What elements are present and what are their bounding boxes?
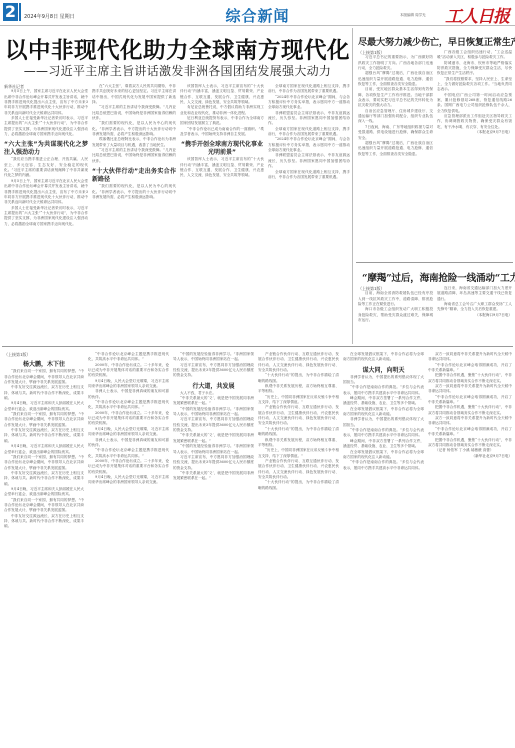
paragraph: 7日夜间，海南、广东等地组织救援力量对受损道路、供电设施进行抢修，确保群众生命安…: [358, 125, 433, 141]
paragraph: 埃塞俄比亚总理阿比表示，中非合作论坛为非洲发展带来了大量项目与机遇，改善了当地民…: [92, 137, 176, 148]
paragraph: “历史上，中国同非洲国家在反帝反殖斗争中相互支持，结下了深厚情谊。”: [258, 395, 339, 406]
paragraph: 中非友好交往源远流长，双方在历史上相互支持、休戚与共。新时代中非合作不断深化，成…: [4, 428, 84, 444]
paragraph: “中非合作论坛北京峰会主题是携手推进现代化，共筑高水平中非命运共同体。”: [88, 400, 169, 411]
paragraph: “中非合作论坛北京峰会主题是携手推进现代化，共筑高水平中非命运共同体。”: [88, 448, 169, 459]
paragraph: “中非合作论坛北京峰会主题是携手推进现代化，共筑高水平中非命运共同体。”: [88, 352, 169, 363]
paragraph: 习近平主席宣布，中方愿同非方加强治国理政经验交流，提出未来3年提供3600亿元人…: [173, 363, 254, 379]
paragraph: 全球南方国家在现代化道路上相互支持，携手前行，中非合作为各国发展带来了重要机遇。: [268, 127, 350, 138]
paragraph: 在全球发展倡议框架下，中非合作必将为全球南方国家的现代化注入新动能。: [343, 450, 424, 461]
paragraph: “中国的发展经验值得非洲学习。”非洲国家领导人表示，中国始终同非洲国家站在一起。: [173, 407, 254, 418]
paragraph: 9月4日晚，人民大会堂灯光璀璨，习近平主席同来华出席峰会的非洲国家领导人亲切交流…: [88, 475, 169, 486]
paragraph: 纵观中非关系发展历程，双方始终相互尊重、平等相待。: [258, 438, 339, 449]
paragraph: “中非合作是南南合作的典范。”多位与会代表表示，愿同中方携手共建高水平中非命运共…: [343, 428, 424, 439]
paragraph: “中非关系最大的‘义’，就是把中国发展同非洲发展紧密联系在一起。”: [173, 471, 254, 482]
newspaper-logo: 工人日报: [445, 2, 509, 27]
lead-subhead-3: “携手开创全球南方现代化事业光明前景”: [180, 141, 264, 157]
lead-subhead-1: “六大主张”为共谋现代化之梦注入强劲动力: [4, 141, 88, 157]
paragraph: “我们来自同一个家园，拥有共同的梦想。”中非合作论坛北京峰会期间，中非领导人在北…: [4, 455, 84, 471]
paragraph: “2024年中非合作论坛北京峰会”期间，与会各方积极评价中方务实举措，表示愿同中…: [268, 95, 350, 111]
paragraph: 目前，海南全省消防救援队伍已经有序投入到一线抗风救灾工作中，道路清障、排涝抢险等…: [358, 291, 433, 307]
paragraph: 防城港市、北海市、钦州市等地严格落实防汛救灾措施，全力保障受灾群众生活，尽快恢复…: [437, 61, 512, 77]
lead-subhead-2: “十大伙伴行动”走出务实合作新路径: [92, 168, 176, 184]
paragraph: 2000年，中非合作论坛成立。二十多年来，论坛已成为中非开展集体对话的重要平台和…: [88, 411, 169, 427]
paragraph: 中非友好交往源远流长，双方在历史上相互支持、休戚与共。新时代中非合作不断深化，成…: [4, 514, 84, 530]
paragraph: “十大伙伴行动”的提出，为中非合作描绘了清晰的路线图。: [258, 373, 339, 384]
paragraph: 双方一致同意将中非关系提升为新时代全天候中非命运共同体。: [428, 416, 512, 427]
paragraph: 连日来，海南省交通运输部门加大力度开展道路清障，环岛高速等主要交通干线已恢复通行…: [437, 286, 512, 302]
masthead: 2 2024年9月8日 星期日 综合新闻 本版编辑 周学光 工人日报: [0, 0, 515, 26]
paragraph: “中非关系最大的‘义’，就是把中国发展同非洲发展紧密联系在一起。”: [173, 433, 254, 444]
paragraph: 肯尼亚总统鲁托说，中方倡议将助力非洲实现工业化和农业现代化，推动非洲一体化进程。: [180, 105, 264, 116]
paragraph: “我们应当携手推进公正合理、开放共赢、人民至上、多元包容、生态友好、安全稳定的现…: [4, 157, 88, 178]
lead-headline: 以中非现代化助力全球南方现代化: [0, 33, 355, 65]
lower-byline: （上接第1版）: [4, 352, 84, 357]
paragraph: “我们来自同一个家园，拥有共同的梦想。”中非合作论坛北京峰会期间，中非领导人在北…: [4, 498, 84, 514]
paragraph: “我们将按照要求，坚持人民至上、生命至上，全力做好抢险救灾各项工作。”当地负责同…: [437, 77, 512, 93]
paragraph: 中非友好交往源远流长，双方在历史上相互支持、休戚与共。新时代中非合作不断深化，成…: [4, 385, 84, 401]
side-article-2-credit: （本报海口9月7日电）: [437, 313, 512, 318]
paragraph: “十大伙伴行动”的提出，为中非合作描绘了清晰的路线图。: [258, 480, 339, 491]
paragraph: 把握中非合作机遇，聚焦“十大伙伴行动”，中非双方将共同推动各领域务实合作不断走深…: [428, 373, 512, 384]
paragraph: 自治区应急管理厅、住房城乡建设厅、交通运输厅等部门加强协同配合，组织专业队伍深入…: [358, 109, 433, 125]
paragraph: 多国人士在接受新华社记者采访时表示，习近平主席提出的“六大主张”“十大伙伴行动”…: [4, 116, 88, 137]
lower-column-2: “中非合作论坛北京峰会主题是携手推进现代化，共筑高水平中非命运共同体。” 200…: [88, 352, 169, 746]
lower-subhead-c: 谋大同，向明天: [343, 367, 424, 375]
side-article-2-column-1: （上接第1版） 目前，海南全省消防救援队伍已经有序投入到一线抗风救灾工作中，道路…: [358, 286, 433, 342]
side-article-2-column-2: 连日来，海南省交通运输部门加大力度开展道路清障，环岛高速等主要交通干线已恢复通行…: [437, 286, 512, 342]
paragraph: “我们来自同一个家园，拥有共同的梦想。”中非合作论坛北京峰会期间，中非领导人在北…: [4, 369, 84, 385]
lower-column-6: 双方一致同意将中非关系提升为新时代全天候中非命运共同体。 “中非合作论坛北京峰会…: [428, 352, 512, 746]
paragraph: 超强台风“摩羯”过境后，广西壮族自治区迅速组织力量开展道路抢通、电力抢修、通信恢…: [358, 141, 433, 157]
paragraph: 双方一致同意将中非关系提升为新时代全天候中非命运共同体。: [428, 384, 512, 395]
paragraph: “习近平主席的主旨讲话令我深受鼓舞。”几内亚比绍总统恩巴洛说，中国始终是非洲国家…: [92, 105, 176, 121]
side-article-2-headline: “摩羯”过后，海南抢险一线涌动“工力量”: [362, 270, 515, 284]
paragraph: “我们需要的现代化，是以人民为中心的现代化。”非洲学者表示，中方提出的十大伙伴行…: [92, 121, 176, 137]
paragraph: 中国电信广西公司第一时间启动应急预案，累计抢修基站268座，恢复通信线路26条。…: [437, 93, 512, 114]
paragraph: 习近平总书记的重要指示，为广西做好防汛救灾工作指明了方向。广西各地各部门迅速行动…: [358, 55, 433, 71]
paragraph: 把握中非合作机遇，聚焦“十大伙伴行动”，中非双方将共同推动各领域务实合作不断走深…: [428, 438, 512, 449]
paragraph: “习近平主席的主旨讲话令我深受鼓舞。”几内亚比绍总统恩巴洛说，中国始终是非洲国家…: [92, 148, 176, 164]
paragraph: 非洲人士表示，中国是非洲真诚的朋友和可靠的伙伴。: [88, 438, 169, 449]
side-article-1-credit: （本报北京9月7日电）: [437, 130, 512, 135]
paragraph: 在全球发展倡议框架下，中非合作必将为全球南方国家的现代化注入新动能。: [343, 407, 424, 418]
paragraph: 把握中非合作机遇，聚焦“十大伙伴行动”，中非双方将共同推动各领域务实合作不断走深…: [428, 405, 512, 416]
paragraph: “中非关系最大的‘义’，就是把中国发展同非洲发展紧密联系在一起。”: [173, 396, 254, 407]
paragraph: 超强台风“摩羯”过境后，广西壮族自治区迅速组织力量开展道路抢通、电力抢修、通信恢…: [358, 71, 433, 87]
paragraph: “中非合作是南南合作的典范。”多位与会代表表示，愿同中方携手共建高水平中非命运共…: [343, 385, 424, 396]
paragraph: 2000年，中非合作论坛成立。二十多年来，论坛已成为中非开展集体对话的重要平台和…: [88, 363, 169, 379]
paragraph: 纵观中非关系发展历程，双方始终相互尊重、平等相待。: [258, 384, 339, 395]
paragraph: 在全球发展倡议框架下，中非合作必将为全球南方国家的现代化注入新动能。: [343, 352, 424, 363]
paragraph: 9月5日上午，国家主席习近平在北京人民大会堂出席中非合作论坛峰会开幕式并发表主旨…: [4, 89, 88, 116]
paragraph: 非洲学者认为，中国提出的系列倡议体现了大国担当。: [343, 417, 424, 428]
paragraph: “历史上，中国同非洲国家在反帝反殖斗争中相互支持，结下了深厚情谊。”: [258, 448, 339, 459]
paragraph: 产业链合作伙伴行动、互联互通伙伴行动、发展合作伙伴行动、卫生健康伙伴行动、兴农惠…: [258, 405, 339, 426]
paragraph: 非洲联盟委员会主席法基表示，中非友谊源远流长，历久弥坚。非洲国家愿同中国加强团结…: [268, 111, 350, 127]
column-divider: [352, 28, 353, 344]
paragraph: “中非合作论坛北京峰会取得圆满成功，开启了中非关系新篇章。”: [428, 395, 512, 406]
paragraph: 9月5日上午，国家主席习近平在北京人民大会堂出席中非合作论坛峰会开幕式并发表主旨…: [4, 179, 88, 206]
paragraph: “我们需要的现代化，是以人民为中心的现代化。”非洲学者表示，中方提出的十大伙伴行…: [92, 184, 176, 200]
paragraph: 9月4日晚，习近平主席和夫人彭丽媛在人民大会堂举行宴会，欢迎出席峰会的国际贵宾。: [4, 401, 84, 412]
paragraph: 多国人士在接受新华社记者采访时表示，习近平主席提出的“六大主张”“十大伙伴行动”…: [4, 206, 88, 227]
section-divider: [2, 346, 513, 347]
paragraph: 习近平主席宣布，中方愿同非方加强治国理政经验交流，提出未来3年提供3600亿元人…: [173, 455, 254, 471]
paragraph: 非洲学者认为，中国提出的系列倡议体现了大国担当。: [343, 375, 424, 386]
paragraph: 海口市各级工会组织发动广大职工积极投身抢险救灾，帮助受灾群众渡过难关，保障城市运…: [358, 307, 433, 323]
paragraph: 该国智库人士表示，习近平主席宣布的“十大伙伴行动”内涵丰富，涵盖文明互鉴、贸易繁…: [180, 157, 264, 178]
paragraph: “中非合作是南南合作的典范。”多位与会代表表示，愿同中方携手共建高水平中非命运共…: [343, 460, 424, 471]
side-article-1-column-1: （上接第1版） 习近平总书记的重要指示，为广西做好防汛救灾工作指明了方向。广西各…: [358, 50, 433, 258]
paragraph: “十大伙伴行动”的提出，为中非合作描绘了清晰的路线图。: [258, 427, 339, 438]
paragraph: 在“六大主张”，乘着双方人民的共同期待，中非携手共创美好未来的信心更加坚定。习近…: [92, 84, 176, 105]
paragraph: “中国的发展经验值得非洲学习。”非洲国家领导人表示，中国始终同非洲国家站在一起。: [173, 444, 254, 455]
paragraph: “我们来自同一个家园，拥有共同的梦想。”中非合作论坛北京峰会期间，中非领导人在北…: [4, 412, 84, 428]
paragraph: 峰会期间，中非双方签署了一系列合作文件，涵盖经贸、基础设施、农业、卫生等多个领域…: [343, 396, 424, 407]
paragraph: 该国智库人士表示，习近平主席宣布的“十大伙伴行动”内涵丰富，涵盖文明互鉴、贸易繁…: [180, 84, 264, 105]
paragraph: “2024年中非合作论坛北京峰会”期间，与会各方积极评价中方务实举措，表示愿同中…: [268, 137, 350, 153]
section-title: 综合新闻: [0, 5, 515, 26]
paragraph: 全球南方国家在现代化道路上相互支持，携手前行，中非合作为各国发展带来了重要机遇。: [268, 170, 350, 181]
paragraph: “中国的发展经验值得非洲学习。”非洲国家领导人表示，中国始终同非洲国家站在一起。: [173, 352, 254, 363]
lead-column-2: 在“六大主张”，乘着双方人民的共同期待，中非携手共创美好未来的信心更加坚定。习近…: [92, 84, 176, 340]
paragraph: 9月4日晚，人民大会堂灯光璀璨，习近平主席同来华出席峰会的非洲国家领导人亲切交流…: [88, 379, 169, 390]
paragraph: 习近平主席宣布，中方愿同非方加强治国理政经验交流，提出未来3年提供3600亿元人…: [173, 417, 254, 433]
lead-column-1: 新华社记者 9月5日上午，国家主席习近平在北京人民大会堂出席中非合作论坛峰会开幕…: [4, 84, 88, 340]
paragraph: 非洲人士表示，中国是非洲真诚的朋友和可靠的伙伴。: [88, 389, 169, 400]
lead-subheadline: ——习近平主席主旨讲话激发非洲各国团结发展强大动力: [0, 62, 355, 79]
paragraph: 应急管理部派出工作组赴灾区指导救灾工作，协调调拨救灾物资，确保受灾群众有饭吃、有…: [437, 114, 512, 130]
paragraph: “中非合作论坛已成为南南合作的一面旗帜。”埃及学者表示，中国始终支持非洲自主发展…: [180, 127, 264, 138]
paragraph: 非洲联盟委员会主席法基表示，中非友谊源远流长，历久弥坚。非洲国家愿同中国加强团结…: [268, 153, 350, 169]
paragraph: 9月4日晚，人民大会堂灯光璀璨，习近平主席同来华出席峰会的非洲国家领导人亲切交流…: [88, 427, 169, 438]
lower-column-5: 在全球发展倡议框架下，中非合作必将为全球南方国家的现代化注入新动能。 谋大同，向…: [343, 352, 424, 746]
paragraph: 广西各级工会组织迅速行动，“工会送温暖”活动深入灾区，积极参与抢险救灾工作。: [437, 50, 512, 61]
lower-article-credit: （新华社北京9月7日电）: [428, 454, 512, 459]
paragraph: 峰会期间，中非双方签署了一系列合作文件，涵盖经贸、基础设施、农业、卫生等多个领域…: [343, 439, 424, 450]
side-article-1-headline: 尽最大努力减少伤亡，早日恢复正常生产生活秩序: [358, 34, 515, 48]
lower-column-4: 产业链合作伙伴行动、互联互通伙伴行动、发展合作伙伴行动、卫生健康伙伴行动、兴农惠…: [258, 352, 339, 746]
editor-credit: 本版编辑 周学光: [400, 13, 426, 18]
section-divider: [356, 262, 513, 263]
paragraph: 海南省总工会号召广大职工群众发扬“工人先锋号”精神，全力投入灾后恢复重建。: [437, 302, 512, 313]
lower-column-1: （上接第1版） 杨大鹏，木下往 “我们来自同一个家园，拥有共同的梦想。”中非合作…: [4, 352, 84, 746]
lead-column-4: 全球南方国家在现代化道路上相互支持，携手前行，中非合作为各国发展带来了重要机遇。…: [268, 84, 350, 340]
lower-subhead-b: 行大道，共发展: [173, 383, 254, 391]
paragraph: “中非合作论坛北京峰会取得圆满成功，开启了中非关系新篇章。”: [428, 427, 512, 438]
lead-column-3: 该国智库人士表示，习近平主席宣布的“十大伙伴行动”内涵丰富，涵盖文明互鉴、贸易繁…: [180, 84, 264, 340]
paragraph: 9月4日晚，习近平主席和夫人彭丽媛在人民大会堂举行宴会，欢迎出席峰会的国际贵宾。: [4, 444, 84, 455]
paragraph: “中非合作论坛北京峰会取得圆满成功，开启了中非关系新篇章。”: [428, 363, 512, 374]
paragraph: 产业链合作伙伴行动、互联互通伙伴行动、发展合作伙伴行动、卫生健康伙伴行动、兴农惠…: [258, 459, 339, 480]
paragraph: 全球南方国家在现代化道路上相互支持，携手前行，中非合作为各国发展带来了重要机遇。: [268, 84, 350, 95]
paragraph: 尼日利亚总统提努布表示，中非合作为全球南方国家团结发展树立了典范。: [180, 116, 264, 127]
paragraph: 产业链合作伙伴行动、互联互通伙伴行动、发展合作伙伴行动、卫生健康伙伴行动、兴农惠…: [258, 352, 339, 373]
paragraph: 目前，受灾地区群众基本生活得到有效保障，各项恢复生产工作有序推进。当地干部群众表…: [358, 87, 433, 108]
paragraph: 2000年，中非合作论坛成立。二十多年来，论坛已成为中非开展集体对话的重要平台和…: [88, 459, 169, 475]
paragraph: 双方一致同意将中非关系提升为新时代全天候中非命运共同体。: [428, 352, 512, 363]
paragraph: 9月4日晚，习近平主席和夫人彭丽媛在人民大会堂举行宴会，欢迎出席峰会的国际贵宾。: [4, 487, 84, 498]
side-article-1-column-2: 广西各级工会组织迅速行动，“工会送温暖”活动深入灾区，积极参与抢险救灾工作。 防…: [437, 50, 512, 258]
paragraph: 中非友好交往源远流长，双方在历史上相互支持、休戚与共。新时代中非合作不断深化，成…: [4, 471, 84, 487]
lower-column-3: “中国的发展经验值得非洲学习。”非洲国家领导人表示，中国始终同非洲国家站在一起。…: [173, 352, 254, 746]
